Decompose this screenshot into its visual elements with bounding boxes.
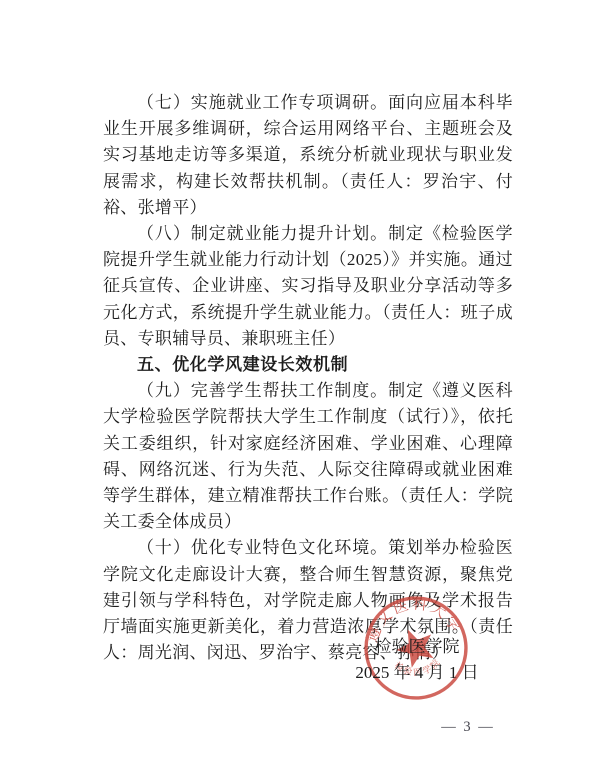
section-heading-5: 五、优化学风建设长效机制 xyxy=(103,352,513,378)
signature-date: 2025 年 4 月 1 日 xyxy=(337,660,497,686)
paragraph-9: （九）完善学生帮扶工作制度。制定《遵义医科大学检验医学院帮扶大学生工作制度（试行… xyxy=(103,378,513,535)
paragraph-8: （八）制定就业能力提升计划。制定《检验医学院提升学生就业能力行动计划（2025）… xyxy=(103,221,513,352)
document-page: （七）实施就业工作专项调研。面向应届本科毕业生开展多维调研，综合运用网络平台、主… xyxy=(0,0,592,781)
signature-block: 检验医学院 2025 年 4 月 1 日 xyxy=(337,634,497,686)
document-body: （七）实施就业工作专项调研。面向应届本科毕业生开展多维调研，综合运用网络平台、主… xyxy=(103,90,513,666)
signature-organization: 检验医学院 xyxy=(337,634,497,660)
page-number: — 3 — xyxy=(430,719,506,736)
paragraph-7: （七）实施就业工作专项调研。面向应届本科毕业生开展多维调研，综合运用网络平台、主… xyxy=(103,90,513,221)
